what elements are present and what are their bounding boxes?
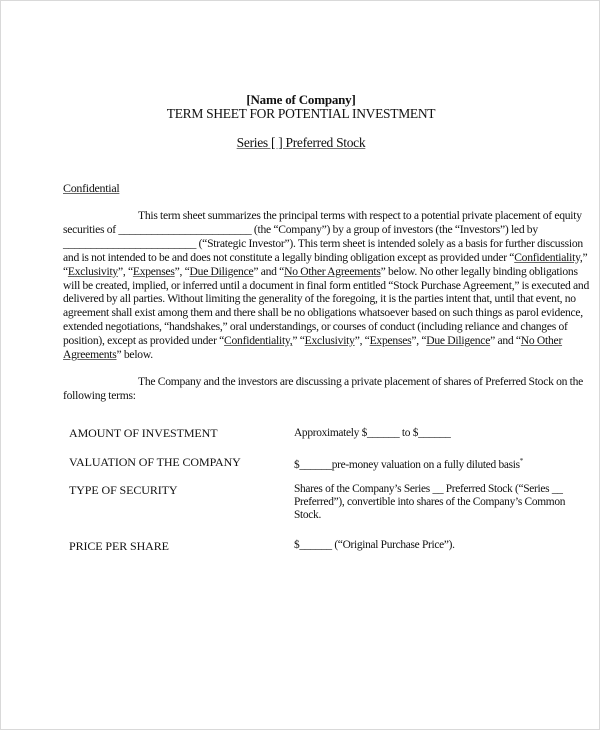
series-subtitle: Series [ ] Preferred Stock xyxy=(1,135,600,151)
term-label-valuation: VALUATION OF THE COMPANY xyxy=(69,455,241,470)
document-page: [Name of Company] TERM SHEET FOR POTENTI… xyxy=(0,0,600,730)
paragraph-line: securities of ________________________ (… xyxy=(63,223,573,237)
term-label-price-per-share: PRICE PER SHARE xyxy=(69,539,169,554)
paragraph-line: following terms: xyxy=(63,389,573,403)
paragraph-line: Agreements” below. xyxy=(63,348,573,362)
term-label-amount: AMOUNT OF INVESTMENT xyxy=(69,426,217,441)
intro-paragraph: This term sheet summarizes the principal… xyxy=(63,209,573,362)
confidential-heading: Confidential xyxy=(63,181,119,196)
terms-intro-paragraph: The Company and the investors are discus… xyxy=(63,375,573,403)
paragraph-line: position), except as provided under “Con… xyxy=(63,334,573,348)
term-value-valuation: $______pre-money valuation on a fully di… xyxy=(294,455,564,472)
paragraph-line: extended negotiations, “handshakes,” ora… xyxy=(63,320,573,334)
footnote-mark: * xyxy=(520,457,523,465)
term-label-security-type: TYPE OF SECURITY xyxy=(69,483,177,498)
term-value-price-per-share: $______ (“Original Purchase Price”). xyxy=(294,539,564,552)
paragraph-line: “Exclusivity”, “Expenses”, “Due Diligenc… xyxy=(63,265,573,279)
paragraph-line: agreement shall exist among them and the… xyxy=(63,306,573,320)
paragraph-line: This term sheet summarizes the principal… xyxy=(63,209,573,223)
paragraph-line: ________________________ (“Strategic Inv… xyxy=(63,237,573,251)
paragraph-line: The Company and the investors are discus… xyxy=(63,375,573,389)
document-title: TERM SHEET FOR POTENTIAL INVESTMENT xyxy=(1,106,600,122)
term-value-security-type: Shares of the Company’s Series __ Prefer… xyxy=(294,483,564,522)
paragraph-line: will be created, implied, or inferred un… xyxy=(63,279,573,293)
paragraph-line: delivered by all parties. Without limiti… xyxy=(63,292,573,306)
paragraph-line: and is not intended to be and does not c… xyxy=(63,251,573,265)
term-value-amount: Approximately $______ to $______ xyxy=(294,427,564,440)
